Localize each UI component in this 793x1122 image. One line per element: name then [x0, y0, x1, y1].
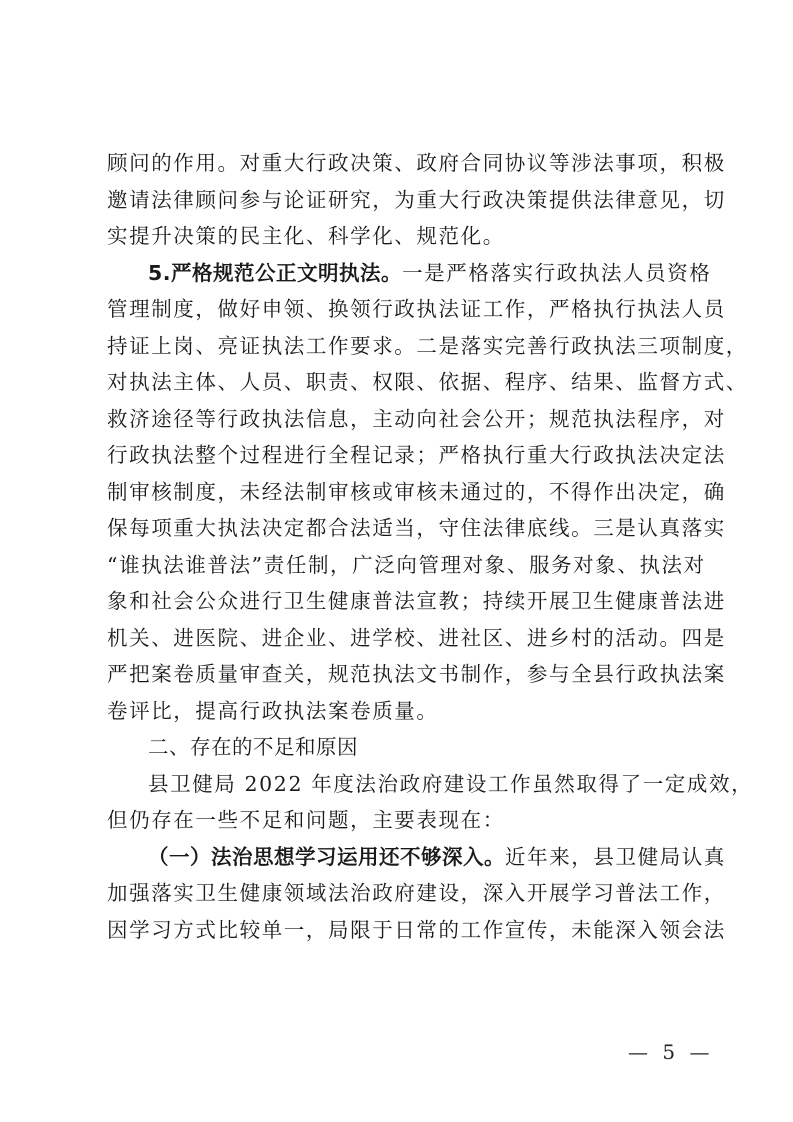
text-line: 实提升决策的民主化、科学化、规范化。: [107, 218, 697, 255]
text-line: 但仍存在一些不足和问题，主要表现在：: [107, 802, 697, 839]
text-line: 救济途径等行政执法信息，主动向社会公开；规范执法程序，对: [107, 401, 697, 438]
text-line: 严把案卷质量审查关，规范执法文书制作，参与全县行政执法案: [107, 656, 697, 693]
text-line: 对执法主体、人员、职责、权限、依据、程序、结果、监督方式、: [107, 364, 697, 401]
text-line: 保每项重大执法决定都合法适当，守住法律底线。三是认真落实: [107, 510, 697, 547]
text-line: 管理制度，做好申领、换领行政执法证工作，严格执行执法人员: [107, 291, 697, 328]
text-line: 邀请法律顾问参与论证研究，为重大行政决策提供法律意见，切: [107, 182, 697, 219]
text-fragment: 一是严格落实行政执法人员资格: [402, 261, 711, 285]
text-line: 加强落实卫生健康领域法治政府建设，深入开展学习普法工作，: [107, 875, 697, 912]
paragraph-subsection-1-start: （一）法治思想学习运用还不够深入。近年来，县卫健局认真: [107, 839, 697, 876]
document-page: 顾问的作用。对重大行政决策、政府合同协议等涉法事项，积极 邀请法律顾问参与论证研…: [0, 0, 793, 1122]
document-body: 顾问的作用。对重大行政决策、政府合同协议等涉法事项，积极 邀请法律顾问参与论证研…: [107, 145, 697, 948]
text-line: 制审核制度，未经法制审核或审核未通过的，不得作出决定，确: [107, 474, 697, 511]
text-line: “谁执法谁普法”责任制，广泛向管理对象、服务对象、执法对: [107, 547, 697, 584]
page-number: — 5 —: [628, 1040, 713, 1064]
subsection-1-title: （一）法治思想学习运用还不够深入。: [148, 845, 505, 869]
text-line: 行政执法整个过程进行全程记录；严格执行重大行政执法决定法: [107, 437, 697, 474]
text-line: 象和社会公众进行卫生健康普法宣教；持续开展卫生健康普法进: [107, 583, 697, 620]
text-line: 顾问的作用。对重大行政决策、政府合同协议等涉法事项，积极: [107, 145, 697, 182]
item-5-title: 5.严格规范公正文明执法。: [148, 261, 402, 285]
section-heading: 二、存在的不足和原因: [107, 729, 697, 766]
text-line: 县卫健局 2022 年度法治政府建设工作虽然取得了一定成效，: [107, 766, 697, 803]
text-line: 持证上岗、亮证执法工作要求。二是落实完善行政执法三项制度，: [107, 328, 697, 365]
paragraph-item-5-start: 5.严格规范公正文明执法。一是严格落实行政执法人员资格: [107, 255, 697, 292]
text-fragment: 近年来，县卫健局认真: [505, 845, 726, 869]
text-line: 卷评比，提高行政执法案卷质量。: [107, 693, 697, 730]
text-line: 因学习方式比较单一，局限于日常的工作宣传，未能深入领会法: [107, 912, 697, 949]
text-line: 机关、进医院、进企业、进学校、进社区、进乡村的活动。四是: [107, 620, 697, 657]
